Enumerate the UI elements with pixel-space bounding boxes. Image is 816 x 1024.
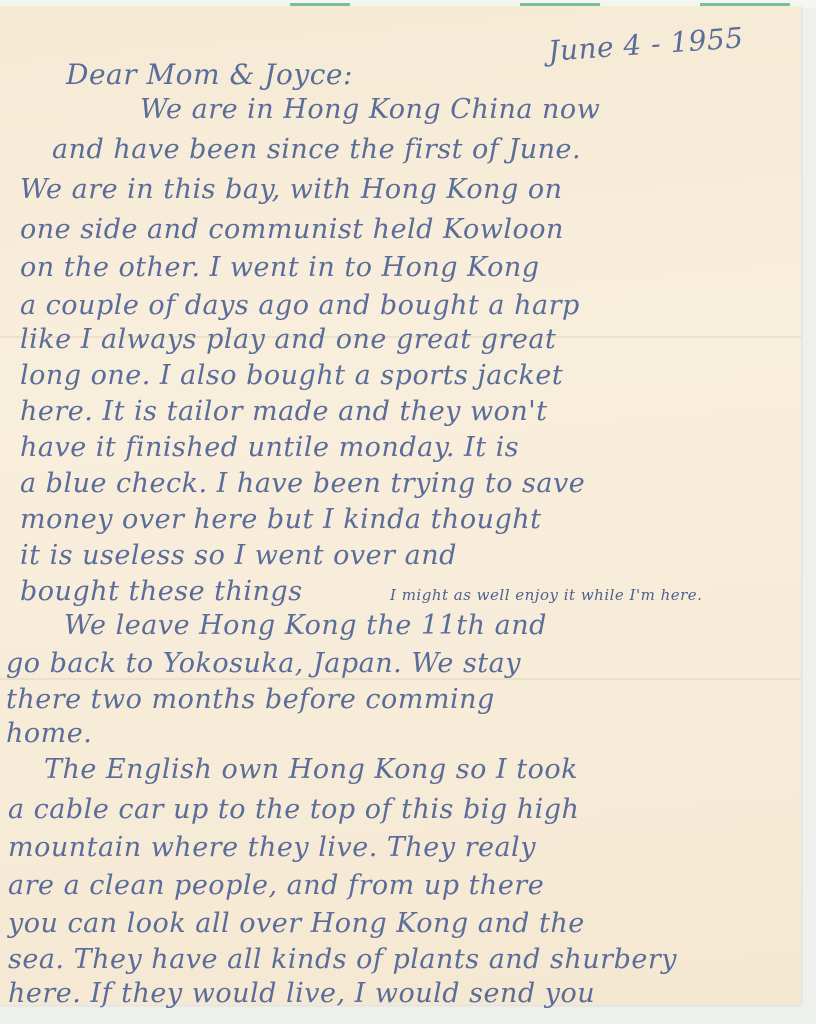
letter-line: there two months before comming [6,684,495,715]
letter-line: money over here but I kinda thought [20,504,541,535]
letter-line: We leave Hong Kong the 11th and [64,610,547,641]
letter-line: mountain where they live. They realy [8,832,536,863]
letter-line: here. If they would live, I would send y… [8,978,595,1009]
letter-line: have it finished untile monday. It is [20,432,519,463]
letter-date: June 4 - 1955 [547,21,744,68]
letter-line: long one. I also bought a sports jacket [20,360,563,391]
letter-line: bought these things [20,576,303,607]
letter-line: on the other. I went in to Hong Kong [20,252,540,283]
letter-line: it is useless so I went over and [20,540,457,571]
letter-line: a couple of days ago and bought a harp [20,290,580,321]
letter-line: you can look all over Hong Kong and the [8,908,585,939]
letter-line: are a clean people, and from up there [8,870,544,901]
letter-line: a cable car up to the top of this big hi… [8,794,579,825]
letter-line: We are in Hong Kong China now [140,94,600,125]
letter-line: a blue check. I have been trying to save [20,468,585,499]
letter-page: June 4 - 1955 Dear Mom & Joyce: We are i… [0,6,801,1005]
letter-line: here. It is tailor made and they won't [20,396,548,427]
letter-line: sea. They have all kinds of plants and s… [8,944,677,975]
letter-line: like I always play and one great great [20,324,556,355]
letter-line: one side and communist held Kowloon [20,214,564,245]
letter-line: We are in this bay, with Hong Kong on [20,174,563,205]
letter-salutation: Dear Mom & Joyce: [66,58,353,91]
letter-inline-note: I might as well enjoy it while I'm here. [390,586,702,604]
letter-line: go back to Yokosuka, Japan. We stay [6,648,521,679]
letter-line: home. [6,718,92,749]
letter-line: The English own Hong Kong so I took [44,754,578,785]
letter-line: and have been since the first of June. [52,134,581,165]
